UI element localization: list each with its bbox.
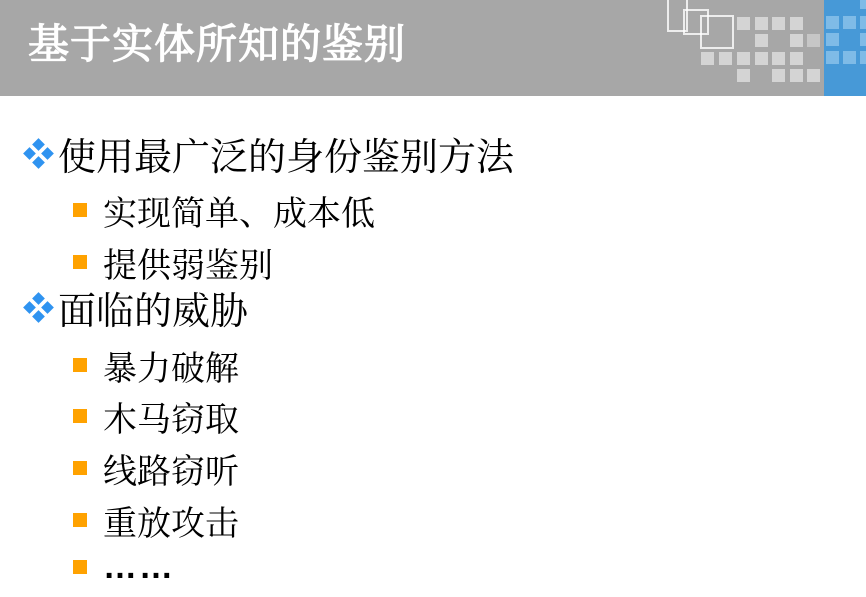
square-bullet-icon — [73, 560, 87, 574]
blue-deco-square — [843, 51, 856, 64]
gray-deco-square — [755, 52, 768, 65]
bullet-item: 暴力破解 — [73, 341, 239, 389]
blue-deco-square — [843, 16, 856, 29]
gray-deco-square — [755, 17, 768, 30]
square-bullet-icon — [73, 255, 87, 269]
slide-title: 基于实体所知的鉴别 — [28, 11, 406, 70]
bullet-item-text: 重放攻击 — [103, 496, 239, 545]
square-bullet-icon — [73, 409, 87, 423]
bullet-item-text: 面临的威胁 — [58, 280, 248, 335]
gray-deco-square — [772, 69, 785, 82]
bullet-item-text: 暴力破解 — [103, 341, 239, 390]
presentation-slide: 基于实体所知的鉴别 使用最广泛的身份鉴别方法 实现简单、成本低 提供弱鉴别 面临… — [0, 0, 866, 597]
gray-deco-square — [737, 17, 750, 30]
slide-header-bar: 基于实体所知的鉴别 — [0, 0, 866, 96]
bullet-item: 重放攻击 — [73, 496, 239, 544]
blue-deco-square — [826, 51, 839, 64]
gray-deco-square — [807, 34, 820, 47]
gray-deco-square — [737, 52, 750, 65]
bullet-item-text: 使用最广泛的身份鉴别方法 — [58, 126, 514, 181]
gray-deco-square — [772, 52, 785, 65]
gray-deco-square — [755, 34, 768, 47]
blue-deco-square — [826, 33, 839, 46]
bullet-item: 实现简单、成本低 — [73, 186, 375, 234]
blue-deco-square — [826, 16, 839, 29]
bullet-item-text: 木马窃取 — [103, 392, 239, 441]
bullet-item-text: …… — [103, 548, 175, 587]
bullet-item-text: 线路窃听 — [103, 444, 239, 493]
blue-band-decoration — [824, 0, 866, 96]
gray-deco-square — [790, 52, 803, 65]
outline-square — [700, 15, 734, 49]
gray-deco-square — [701, 52, 714, 65]
gray-deco-square — [772, 17, 785, 30]
gray-deco-square — [790, 69, 803, 82]
diamond-bullet-icon — [25, 140, 52, 167]
gray-deco-square — [737, 69, 750, 82]
bullet-item-text: 实现简单、成本低 — [103, 186, 375, 235]
blue-deco-square — [860, 33, 866, 46]
gray-deco-square — [719, 52, 732, 65]
bullet-item: 线路窃听 — [73, 444, 239, 492]
gray-deco-square — [807, 69, 820, 82]
bullet-item: 木马窃取 — [73, 392, 239, 440]
slide-body: 使用最广泛的身份鉴别方法 实现简单、成本低 提供弱鉴别 面临的威胁 暴力破解 木… — [0, 96, 866, 597]
square-bullet-icon — [73, 461, 87, 475]
blue-deco-square — [860, 51, 866, 64]
square-bullet-icon — [73, 358, 87, 372]
blue-deco-square — [860, 16, 866, 29]
blue-deco-square — [860, 0, 866, 9]
gray-deco-square — [790, 17, 803, 30]
diamond-bullet-icon — [25, 294, 52, 321]
gray-deco-square — [790, 34, 803, 47]
bullet-item: 使用最广泛的身份鉴别方法 — [25, 129, 514, 177]
bullet-item: …… — [73, 543, 175, 591]
square-bullet-icon — [73, 513, 87, 527]
bullet-item: 面临的威胁 — [25, 283, 248, 331]
square-bullet-icon — [73, 203, 87, 217]
